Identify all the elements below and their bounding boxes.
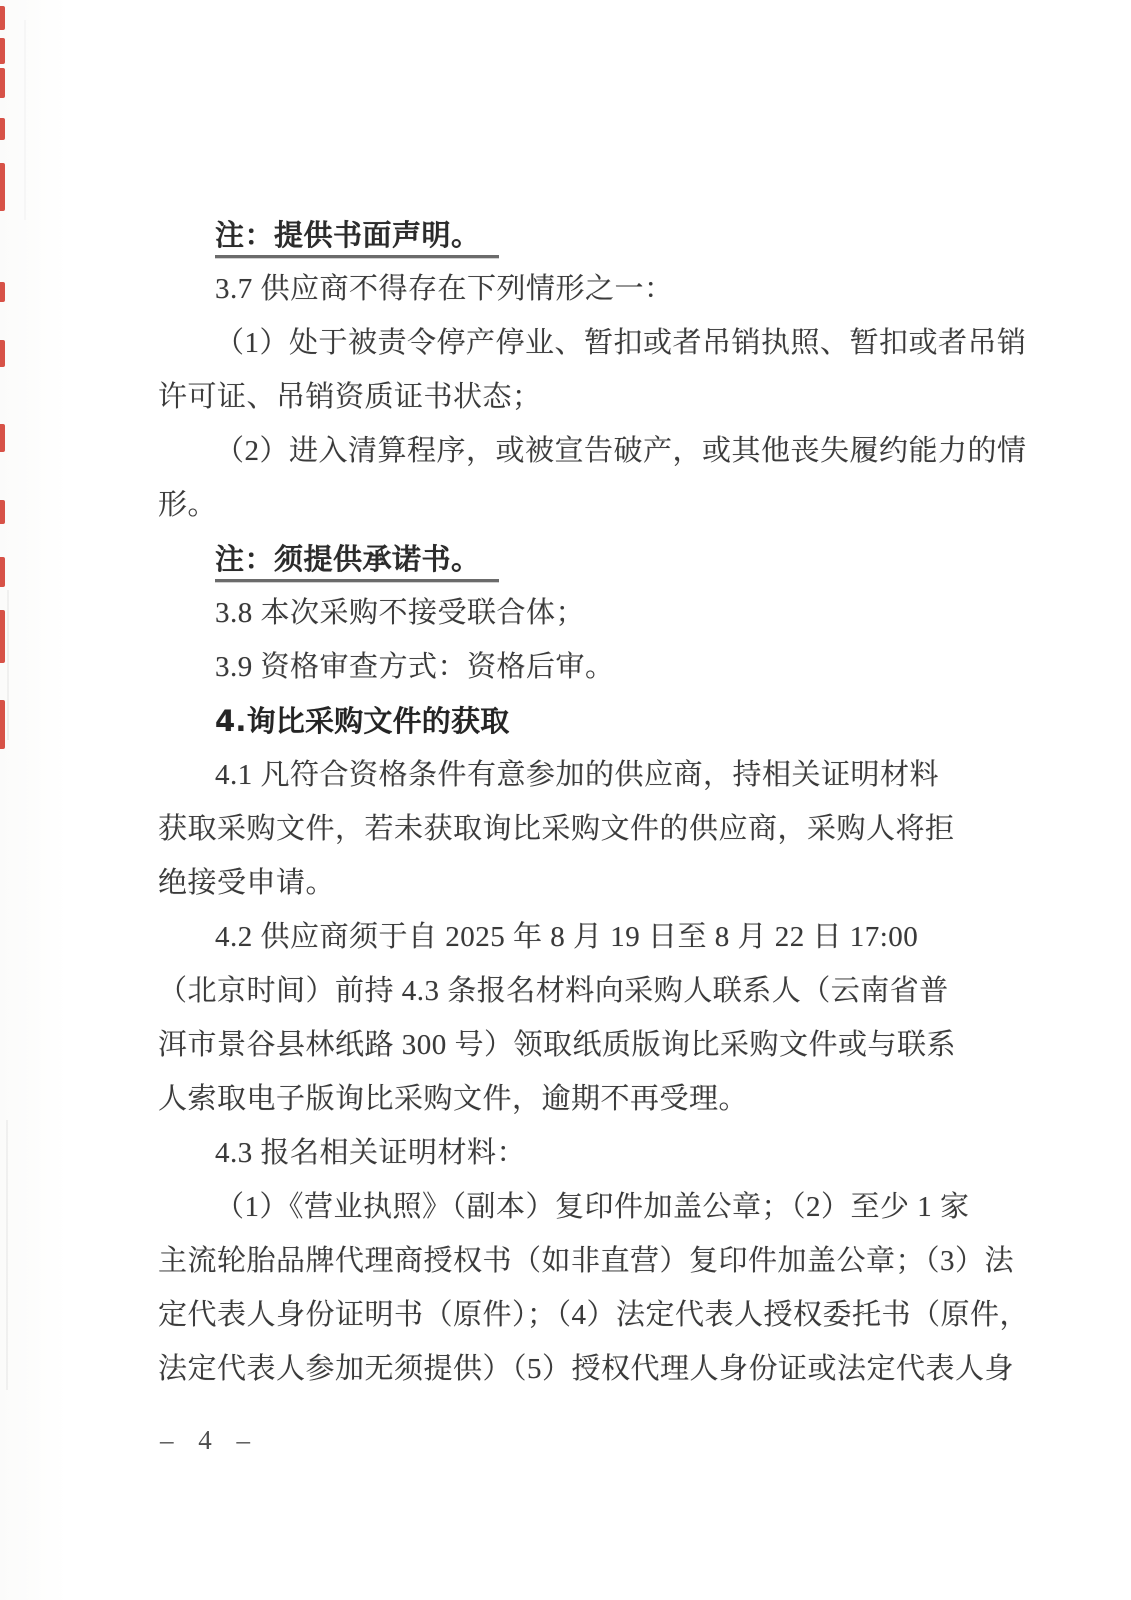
scan-streak <box>24 20 26 220</box>
clause-3-7: 3.7 供应商不得存在下列情形之一： <box>158 262 1058 316</box>
clause-4-3-wrap-3: 法定代表人参加无须提供）（5）授权代理人身份证或法定代表人身 <box>158 1342 1058 1396</box>
clause-3-7-item-1-wrap: 许可证、吊销资质证书状态； <box>158 370 1058 424</box>
clause-4-1: 4.1 凡符合资格条件有意参加的供应商，持相关证明材料 <box>158 748 1058 802</box>
clause-4-2-wrap-2: 洱市景谷县林纸路 300 号）领取纸质版询比采购文件或与联系 <box>158 1018 1058 1072</box>
note-commitment-letter: 注：须提供承诺书。 <box>158 532 1058 586</box>
red-edge-artifact <box>0 610 5 663</box>
note-written-declaration: 注：提供书面声明。 <box>158 208 1058 262</box>
red-edge-artifact <box>0 118 5 140</box>
clause-3-9: 3.9 资格审查方式：资格后审。 <box>158 640 1058 694</box>
clause-4-2: 4.2 供应商须于自 2025 年 8 月 19 日至 8 月 22 日 17:… <box>158 910 1058 964</box>
scan-streak <box>6 1120 8 1390</box>
red-edge-artifact <box>0 68 5 98</box>
clause-4-1-wrap-1: 获取采购文件，若未获取询比采购文件的供应商，采购人将拒 <box>158 802 1058 856</box>
section-4-heading: 4.询比采购文件的获取 <box>158 694 1058 748</box>
red-edge-artifact <box>0 700 5 749</box>
document-body: 注：提供书面声明。 3.7 供应商不得存在下列情形之一： （1）处于被责令停产停… <box>158 208 1058 1396</box>
clause-3-7-item-2-wrap: 形。 <box>158 478 1058 532</box>
clause-3-7-item-1: （1）处于被责令停产停业、暂扣或者吊销执照、暂扣或者吊销 <box>158 316 1058 370</box>
clause-4-1-wrap-2: 绝接受申请。 <box>158 856 1058 910</box>
clause-4-3-wrap-2: 定代表人身份证明书（原件）；（4）法定代表人授权委托书（原件， <box>158 1288 1058 1342</box>
note-commitment-letter-text: 注：须提供承诺书。 <box>215 539 499 582</box>
clause-3-8: 3.8 本次采购不接受联合体； <box>158 586 1058 640</box>
clause-4-3-wrap-1: 主流轮胎品牌代理商授权书（如非直营）复印件加盖公章；（3）法 <box>158 1234 1058 1288</box>
clause-4-3-item-1: （1）《营业执照》（副本）复印件加盖公章；（2）至少 1 家 <box>158 1180 1058 1234</box>
scan-streak <box>7 590 9 740</box>
red-edge-artifact <box>0 557 5 587</box>
page-number: – 4 – <box>160 1420 252 1460</box>
clause-4-2-wrap-3: 人索取电子版询比采购文件，逾期不再受理。 <box>158 1072 1058 1126</box>
document-page: 注：提供书面声明。 3.7 供应商不得存在下列情形之一： （1）处于被责令停产停… <box>0 0 1131 1600</box>
clause-4-3: 4.3 报名相关证明材料： <box>158 1126 1058 1180</box>
clause-4-2-wrap-1: （北京时间）前持 4.3 条报名材料向采购人联系人（云南省普 <box>158 964 1058 1018</box>
red-edge-artifact <box>0 6 5 30</box>
red-edge-artifact <box>0 38 5 64</box>
red-edge-artifact <box>0 500 5 524</box>
red-edge-artifact <box>0 282 5 302</box>
red-edge-artifact <box>0 424 5 452</box>
note-written-declaration-text: 注：提供书面声明。 <box>215 215 499 258</box>
red-edge-artifact <box>0 163 5 211</box>
clause-3-7-item-2: （2）进入清算程序，或被宣告破产，或其他丧失履约能力的情 <box>158 424 1058 478</box>
red-edge-artifact <box>0 340 5 367</box>
